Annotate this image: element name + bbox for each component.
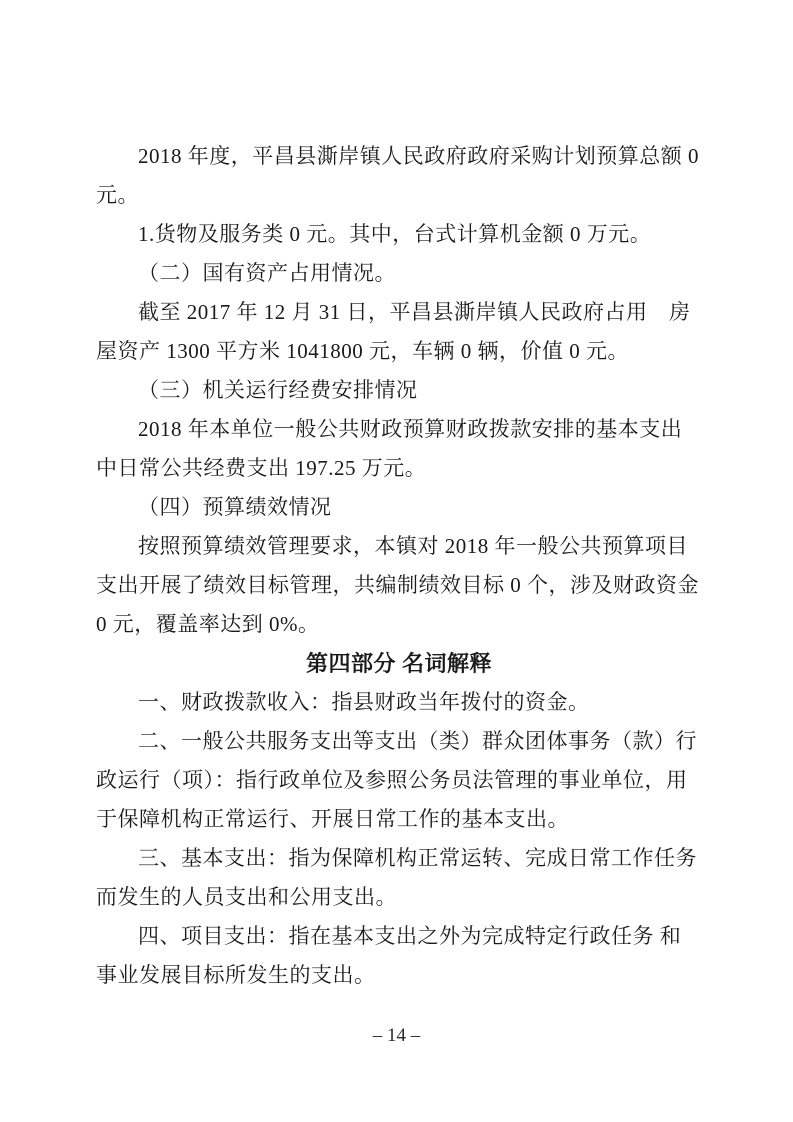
section-heading: 第四部分 名词解释 — [96, 644, 702, 683]
body-paragraph: 三、基本支出：指为保障机构正常运转、完成日常工作任务 而发生的人员支出和公用支出… — [96, 839, 702, 917]
document-page: 2018 年度，平昌县澌岸镇人民政府政府采购计划预算总额 0 元。 1.货物及服… — [0, 0, 793, 1122]
body-paragraph: 二、一般公共服务支出等支出（类）群众团体事务（款）行 政运行（项）：指行政单位及… — [96, 722, 702, 839]
body-paragraph: （四）预算绩效情况 — [96, 488, 702, 527]
body-paragraph: 一、财政拨款收入：指县财政当年拨付的资金。 — [96, 683, 702, 722]
page-number: – 14 – — [0, 1024, 793, 1048]
body-paragraph: 按照预算绩效管理要求，本镇对 2018 年一般公共预算项目 支出开展了绩效目标管… — [96, 527, 702, 644]
body-paragraph: （三）机关运行经费安排情况 — [96, 371, 702, 410]
body-paragraph: 1.货物及服务类 0 元。其中，台式计算机金额 0 万元。 — [96, 215, 702, 254]
body-paragraph: 2018 年本单位一般公共财政预算财政拨款安排的基本支出 中日常公共经费支出 1… — [96, 410, 702, 488]
body-paragraph: （二）国有资产占用情况。 — [96, 254, 702, 293]
body-paragraph: 四、项目支出：指在基本支出之外为完成特定行政任务 和 事业发展目标所发生的支出。 — [96, 917, 702, 995]
document-body: 2018 年度，平昌县澌岸镇人民政府政府采购计划预算总额 0 元。 1.货物及服… — [96, 137, 702, 995]
body-paragraph: 2018 年度，平昌县澌岸镇人民政府政府采购计划预算总额 0 元。 — [96, 137, 702, 215]
body-paragraph: 截至 2017 年 12 月 31 日，平昌县澌岸镇人民政府占用 房 屋资产 1… — [96, 293, 702, 371]
